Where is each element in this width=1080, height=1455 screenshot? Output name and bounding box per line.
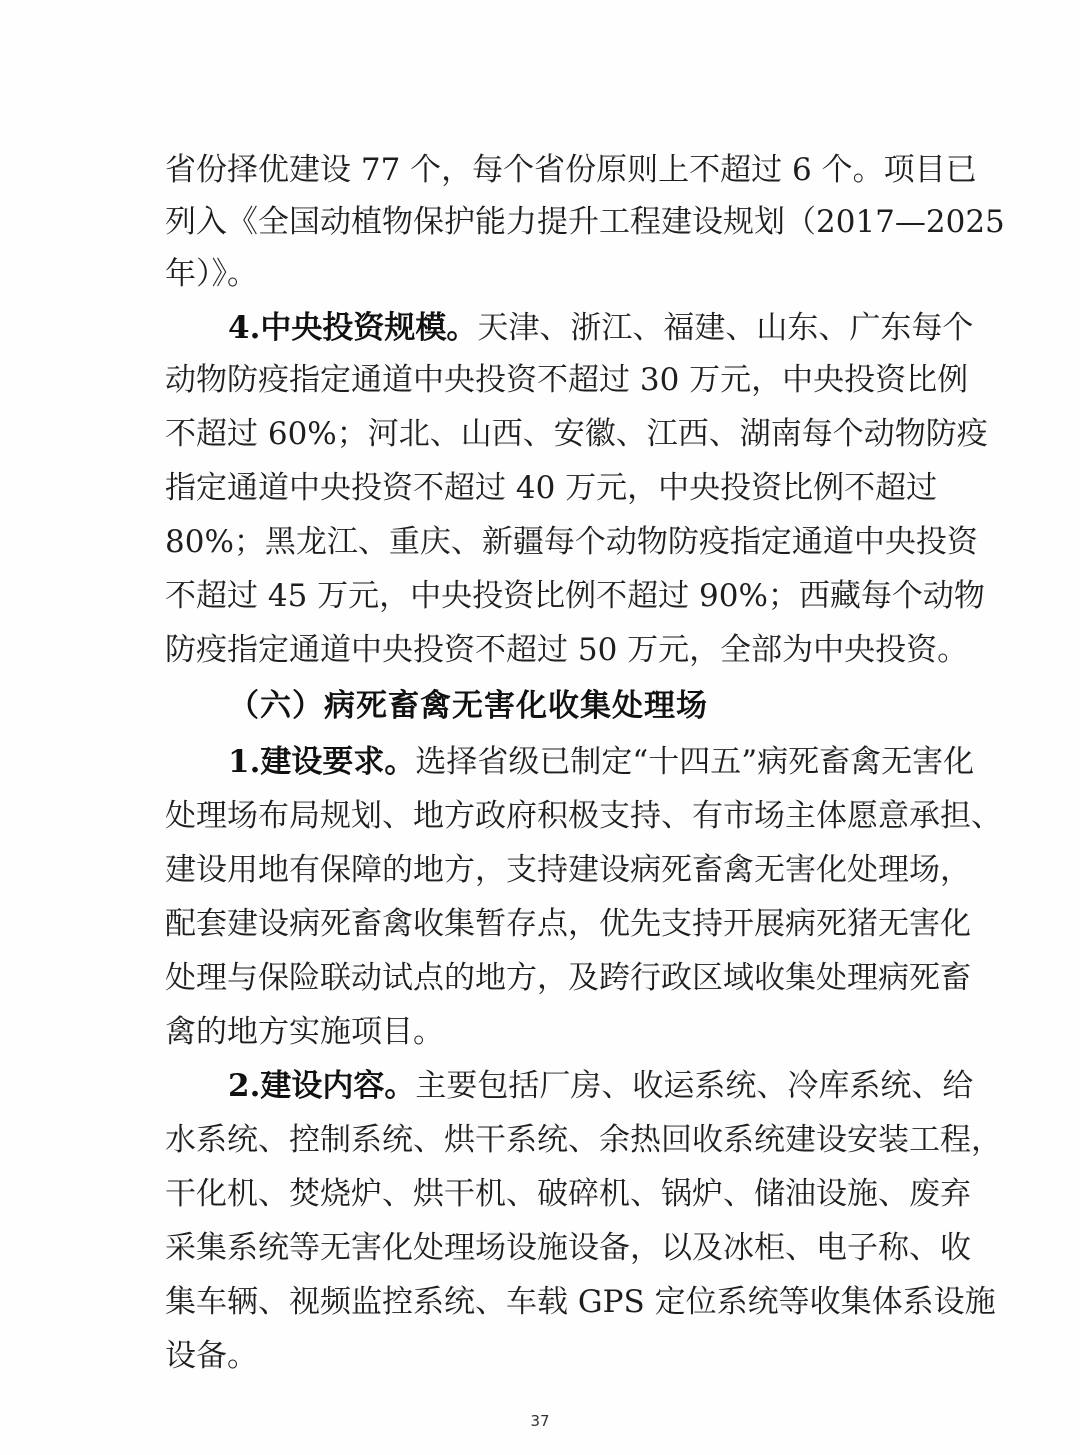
text-span: 天津、浙江、福建、山东、广东每个	[477, 310, 973, 346]
paragraph-lead-content: 2.建设内容。	[228, 1068, 415, 1104]
text-line: 年）》。	[165, 252, 917, 296]
text-line: 80%；黑龙江、重庆、新疆每个动物防疫指定通道中央投资	[165, 520, 917, 564]
text-line: 指定通道中央投资不超过 40 万元，中央投资比例不超过	[165, 466, 917, 510]
text-line: 干化机、焚烧炉、烘干机、破碎机、锅炉、储油设施、废弃	[165, 1172, 917, 1216]
text-line: 建设用地有保障的地方，支持建设病死畜禽无害化处理场，	[165, 848, 917, 892]
section-heading: （六）病死畜禽无害化收集处理场	[228, 684, 708, 728]
page-number: 37	[0, 1412, 1080, 1430]
document-page: 省份择优建设 77 个，每个省份原则上不超过 6 个。项目已 列入《全国动植物保…	[0, 0, 1080, 1455]
text-span: 选择省级已制定“十四五”病死畜禽无害化	[415, 744, 974, 780]
text-span: 主要包括厂房、收运系统、冷库系统、给	[415, 1068, 973, 1104]
text-line: 处理与保险联动试点的地方，及跨行政区域收集处理病死畜	[165, 956, 917, 1000]
text-line: 水系统、控制系统、烘干系统、余热回收系统建设安装工程，	[165, 1118, 917, 1162]
paragraph-first-line: 4.中央投资规模。天津、浙江、福建、山东、广东每个	[228, 306, 917, 350]
text-line: 防疫指定通道中央投资不超过 50 万元，全部为中央投资。	[165, 628, 917, 672]
text-line: 不超过 60%；河北、山西、安徽、江西、湖南每个动物防疫	[165, 412, 917, 456]
text-line: 禽的地方实施项目。	[165, 1010, 917, 1054]
text-line: 处理场布局规划、地方政府积极支持、有市场主体愿意承担、	[165, 794, 917, 838]
text-line: 采集系统等无害化处理场设施设备，以及冰柜、电子称、收	[165, 1226, 917, 1270]
paragraph-lead-requirements: 1.建设要求。	[228, 744, 415, 780]
text-line: 配套建设病死畜禽收集暂存点，优先支持开展病死猪无害化	[165, 902, 917, 946]
paragraph-lead-investment-scale: 4.中央投资规模。	[228, 310, 477, 346]
paragraph-first-line: 2.建设内容。主要包括厂房、收运系统、冷库系统、给	[228, 1064, 917, 1108]
text-line: 列入《全国动植物保护能力提升工程建设规划（2017—2025	[165, 200, 917, 244]
paragraph-first-line: 1.建设要求。选择省级已制定“十四五”病死畜禽无害化	[228, 740, 917, 784]
text-line: 设备。	[165, 1334, 917, 1378]
text-line: 省份择优建设 77 个，每个省份原则上不超过 6 个。项目已	[165, 148, 917, 192]
text-line: 集车辆、视频监控系统、车载 GPS 定位系统等收集体系设施	[165, 1280, 917, 1324]
text-line: 动物防疫指定通道中央投资不超过 30 万元，中央投资比例	[165, 358, 917, 402]
text-line: 不超过 45 万元，中央投资比例不超过 90%；西藏每个动物	[165, 574, 917, 618]
